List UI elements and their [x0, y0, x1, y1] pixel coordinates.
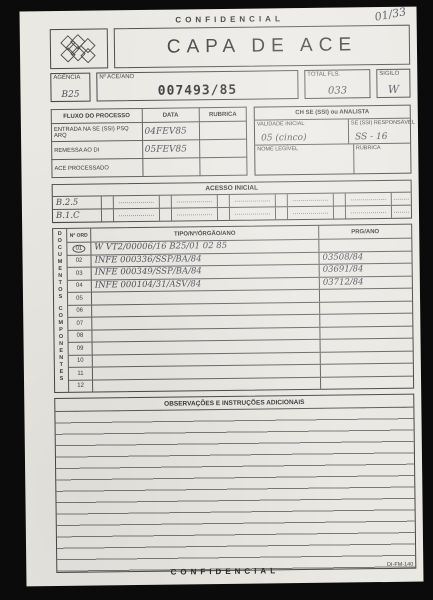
table-row: ACE PROCESSADO — [52, 157, 247, 177]
fluxo-row1-label: ENTRADA NA SE (SSI) PSQ ARQ — [51, 122, 142, 141]
sigilo-value: W — [377, 83, 409, 96]
fluxo-row2-label: REMESSA AO DI — [52, 140, 143, 159]
ace-number-value: 007493/85 — [97, 82, 297, 99]
ace-number-field: Nº ACE/ANO 007493/85 — [96, 70, 298, 101]
acesso-row2-value: B.1.C — [53, 209, 101, 222]
side-label-componentes: COMPONENTES — [58, 306, 65, 383]
fluxo-row3-label: ACE PROCESSADO — [52, 158, 143, 177]
fluxo-row2-date: 05FEV85 — [142, 140, 200, 159]
rubrica-cell: RUBRICA — [353, 144, 411, 174]
scanned-form-page: CONFIDENCIAL 01/33 CAPA D — [20, 7, 424, 587]
form-code: DI-FM-140 — [387, 562, 413, 568]
fluxo-col-data: DATA — [142, 108, 200, 123]
fluxo-do-processo-table: FLUXO DO PROCESSO DATA RUBRICA ENTRADA N… — [51, 107, 248, 178]
fluxo-row1-rubrica — [199, 121, 246, 140]
doc-ord: 01 — [73, 244, 86, 252]
fluxo-col-rubrica: RUBRICA — [199, 107, 246, 122]
acesso-inicial-section: ACESSO INICIAL B.2.5 B.1.C — [52, 180, 412, 223]
doc-ord: 12 — [69, 380, 93, 392]
doc-ord: 11 — [69, 368, 93, 380]
doc-prg — [321, 351, 413, 364]
doc-ord: 08 — [68, 330, 92, 342]
fluxo-row2-rubrica — [200, 139, 247, 158]
rubrica-label: RUBRICA — [356, 145, 381, 151]
total-fls-label: TOTAL FLS. — [307, 72, 340, 78]
nome-legivel-label: NOME LEGÍVEL — [257, 146, 298, 153]
form-title: CAPA DE ACE — [167, 34, 358, 58]
side-label-documentos: DOCUMENTOS — [57, 231, 64, 301]
documentos-componentes-table: DOCUMENTOS COMPONENTES Nº ORD TIPO/Nº/ÓR… — [52, 224, 414, 393]
col-ord-header: Nº ORD — [67, 229, 91, 242]
sigilo-field: SIGILO W — [376, 69, 410, 98]
analista-table: CH SE (SSI) ou ANALISTA VALIDADE INICIAL… — [254, 105, 412, 176]
doc-prg — [321, 364, 413, 377]
observacoes-section: OBSERVAÇÕES E INSTRUÇÕES ADICIONAIS — [54, 394, 416, 573]
title-box: CAPA DE ACE — [114, 25, 410, 69]
classification-top: CONFIDENCIAL — [50, 13, 410, 26]
table-row: NOME LEGÍVEL RUBRICA — [255, 144, 410, 175]
doc-ord: 09 — [69, 343, 93, 355]
total-fls-field: TOTAL FLS. 033 — [304, 69, 370, 99]
observacoes-ruled-lines — [55, 408, 415, 572]
fluxo-row3-date — [142, 158, 200, 177]
total-fls-value: 033 — [305, 85, 369, 97]
doc-ord: 03 — [68, 268, 92, 280]
nome-legivel-cell: NOME LEGÍVEL — [255, 144, 353, 174]
doc-ord: 07 — [68, 318, 92, 330]
col-prg-header: PRG/ANO — [319, 225, 411, 239]
fluxo-row1-date: 04FEV85 — [142, 122, 200, 141]
doc-prg: 03691/84 — [320, 264, 412, 277]
fluxo-col-processo: FLUXO DO PROCESSO — [51, 108, 142, 123]
agencia-field: AGÊNCIA B25 — [50, 73, 90, 102]
agencia-label: AGÊNCIA — [53, 75, 80, 81]
id-fields-row: AGÊNCIA B25 Nº ACE/ANO 007493/85 TOTAL F… — [50, 69, 410, 102]
table-row: REMESSA AO DI 05FEV85 — [52, 139, 247, 159]
doc-prg — [320, 326, 412, 339]
validade-inicial-cell: VALIDADE INICIAL 05 (cinco) — [255, 119, 348, 144]
doc-prg — [320, 314, 412, 327]
doc-prg — [321, 376, 413, 389]
doc-prg: 03712/84 — [320, 276, 412, 289]
agencia-value: B25 — [51, 90, 89, 100]
acesso-row1-value: B.2.5 — [53, 196, 101, 209]
doc-prg: 03508/84 — [319, 251, 411, 264]
validade-inicial-label: VALIDADE INICIAL — [257, 121, 305, 128]
se-responsavel-label: SE (SSI) RESPONSÁVEL — [351, 120, 415, 127]
doc-prg — [321, 339, 413, 352]
process-section: FLUXO DO PROCESSO DATA RUBRICA ENTRADA N… — [51, 105, 412, 178]
col-tipo-header: TIPO/Nº/ÓRGÃO/ANO — [91, 226, 319, 242]
doc-ord: 04 — [68, 280, 92, 292]
form-header: CAPA DE ACE — [50, 25, 410, 69]
doc-tipo — [93, 377, 321, 391]
doc-ord: 05 — [68, 293, 92, 305]
sigilo-label: SIGILO — [379, 71, 399, 77]
table-row: VALIDADE INICIAL 05 (cinco) SE (SSI) RES… — [255, 119, 410, 146]
ace-number-label: Nº ACE/ANO — [99, 74, 134, 80]
doc-ord: 02 — [67, 255, 91, 267]
se-responsavel-value: SS - 16 — [355, 132, 388, 142]
table-row: ENTRADA NA SE (SSI) PSQ ARQ 04FEV85 — [51, 121, 246, 141]
diamond-cluster-icon — [56, 32, 102, 65]
agency-logo — [50, 28, 108, 69]
doc-ord: 10 — [69, 355, 93, 367]
fluxo-row3-rubrica — [200, 157, 247, 176]
doc-prg — [320, 301, 412, 314]
doc-prg — [319, 239, 411, 252]
validade-inicial-value: 05 (cinco) — [261, 133, 307, 144]
doc-prg — [320, 289, 412, 302]
doc-ord: 06 — [68, 305, 92, 317]
se-responsavel-cell: SE (SSI) RESPONSÁVEL SS - 16 — [348, 119, 410, 144]
